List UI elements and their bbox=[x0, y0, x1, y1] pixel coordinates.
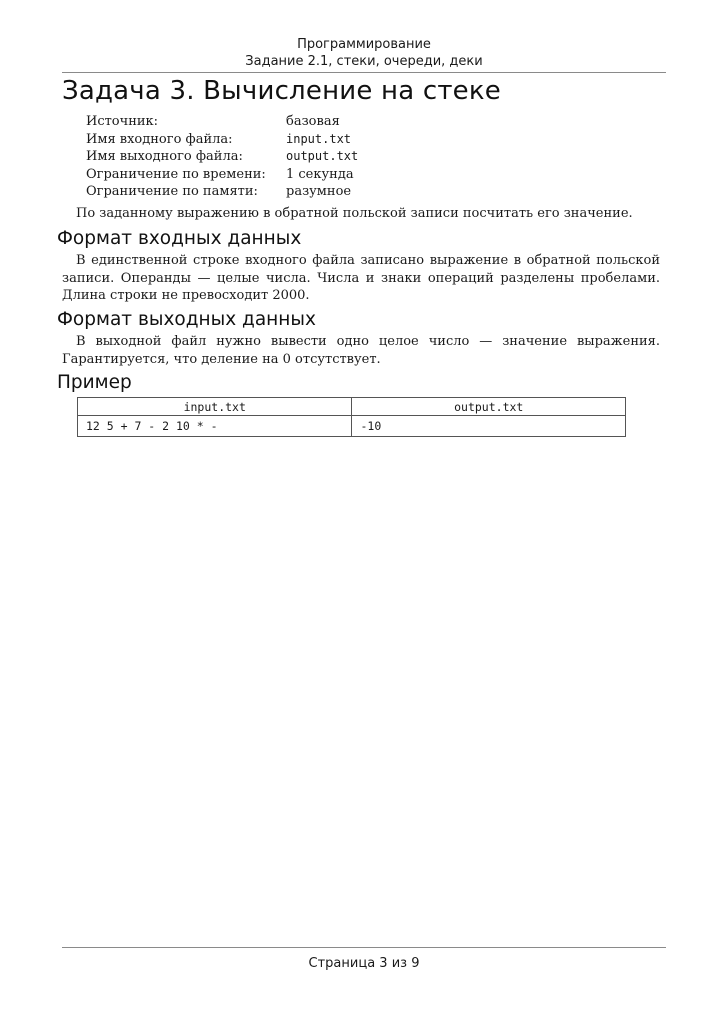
example-heading: Пример bbox=[57, 372, 132, 394]
header-divider bbox=[62, 72, 666, 73]
meta-value: разумное bbox=[286, 183, 351, 201]
input-format-text: В единственной строке входного файла зап… bbox=[62, 252, 660, 305]
task-metadata: Источник: базовая Имя входного файла: in… bbox=[86, 113, 358, 201]
input-format-body: В единственной строке входного файла зап… bbox=[62, 253, 660, 303]
meta-label: Ограничение по времени: bbox=[86, 166, 286, 184]
output-format-text: В выходной файл нужно вывести одно целое… bbox=[62, 333, 660, 368]
column-header-output: output.txt bbox=[352, 398, 626, 416]
meta-label: Ограничение по памяти: bbox=[86, 183, 286, 201]
meta-row-output-file: Имя выходного файла: output.txt bbox=[86, 148, 358, 166]
meta-row-memory-limit: Ограничение по памяти: разумное bbox=[86, 183, 358, 201]
assignment-name: Задание 2.1, стеки, очереди, деки bbox=[62, 53, 666, 70]
task-title: Задача 3. Вычисление на стеке bbox=[62, 74, 501, 108]
table-header-row: input.txt output.txt bbox=[78, 398, 626, 416]
meta-label: Источник: bbox=[86, 113, 286, 131]
footer-divider bbox=[62, 947, 666, 948]
column-header-input: input.txt bbox=[78, 398, 352, 416]
meta-label: Имя выходного файла: bbox=[86, 148, 286, 166]
course-name: Программирование bbox=[62, 36, 666, 53]
example-input-cell: 12 5 + 7 - 2 10 * - bbox=[78, 416, 352, 437]
meta-value: 1 секунда bbox=[286, 166, 354, 184]
page-number: Страница 3 из 9 bbox=[62, 955, 666, 972]
meta-value: базовая bbox=[286, 113, 340, 131]
problem-statement: По заданному выражению в обратной польск… bbox=[62, 205, 660, 223]
statement-text: По заданному выражению в обратной польск… bbox=[76, 206, 633, 221]
example-output-cell: -10 bbox=[352, 416, 626, 437]
output-format-heading: Формат выходных данных bbox=[57, 309, 316, 331]
meta-label: Имя входного файла: bbox=[86, 131, 286, 149]
example-table: input.txt output.txt 12 5 + 7 - 2 10 * -… bbox=[77, 397, 626, 437]
running-header: Программирование Задание 2.1, стеки, оче… bbox=[62, 36, 666, 70]
meta-value: output.txt bbox=[286, 148, 358, 166]
meta-row-input-file: Имя входного файла: input.txt bbox=[86, 131, 358, 149]
meta-row-time-limit: Ограничение по времени: 1 секунда bbox=[86, 166, 358, 184]
table-row: 12 5 + 7 - 2 10 * - -10 bbox=[78, 416, 626, 437]
meta-row-source: Источник: базовая bbox=[86, 113, 358, 131]
meta-value: input.txt bbox=[286, 131, 351, 149]
output-format-body: В выходной файл нужно вывести одно целое… bbox=[62, 334, 660, 367]
input-format-heading: Формат входных данных bbox=[57, 228, 301, 250]
